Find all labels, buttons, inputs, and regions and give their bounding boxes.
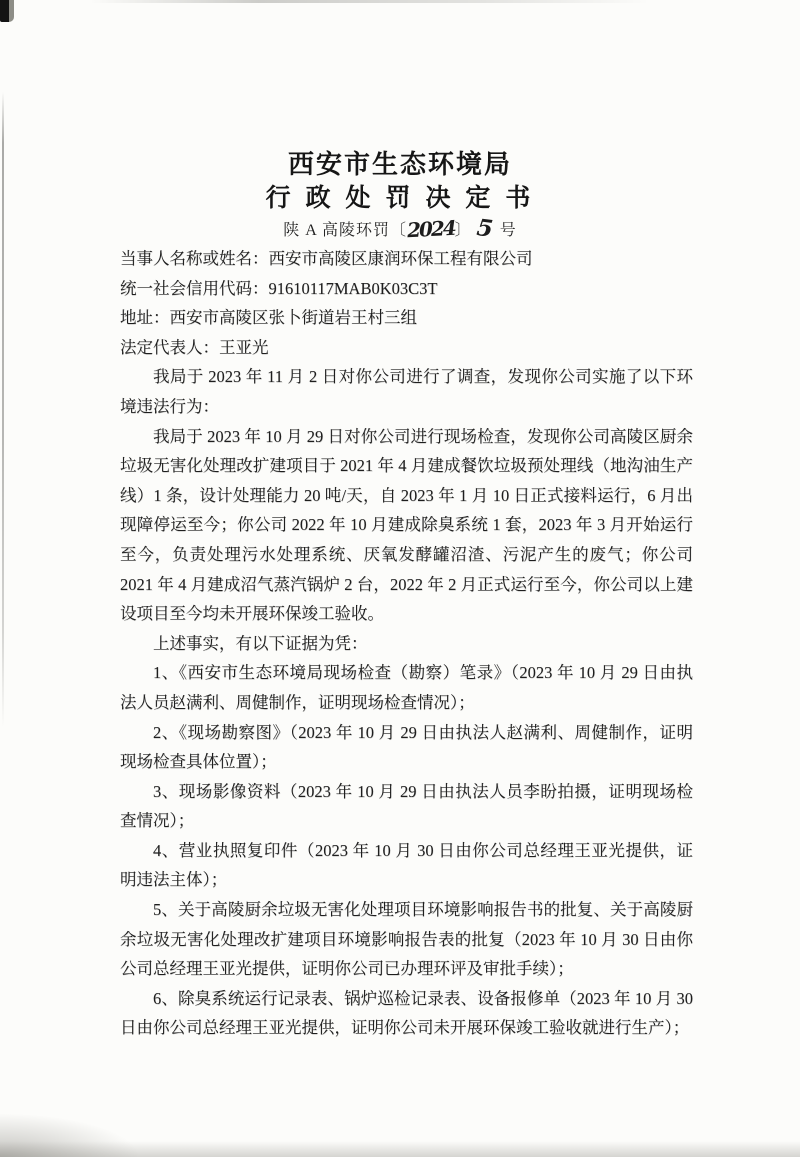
field-label-credit-code: 统一社会信用代码： (120, 279, 269, 298)
doc-number-year-handwritten: 2024 (406, 216, 455, 242)
doc-number-suffix: 号 (500, 222, 517, 239)
document-page: 西安市生态环境局 行 政 处 罚 决 定 书 陕 A 高陵环罚〔2024〕5号 … (0, 0, 800, 1157)
evidence-item-3: 3、现场影像资料（2023 年 10 月 29 日由执法人员李盼拍摄，证明现场检… (120, 777, 693, 836)
scan-artifact-top-edge-smear (90, 0, 650, 3)
field-value-address: 西安市高陵区张卜街道岩王村三组 (170, 308, 418, 327)
document-number: 陕 A 高陵环罚〔2024〕5号 (0, 214, 800, 241)
field-row-address: 地址：西安市高陵区张卜街道岩王村三组 (120, 303, 693, 333)
scan-artifact-top-left-blob (0, 0, 14, 22)
field-label-address: 地址： (120, 308, 170, 327)
field-value-party-name: 西安市高陵区康润环保工程有限公司 (269, 249, 533, 268)
evidence-item-6: 6、除臭系统运行记录表、锅炉巡检记录表、设备报修单（2023 年 10 月 30… (120, 984, 693, 1043)
doc-number-close-bracket: 〕 (455, 222, 472, 239)
field-row-credit-code: 统一社会信用代码：91610117MAB0K03C3T (120, 274, 693, 304)
evidence-item-2: 2、《现场勘察图》（2023 年 10 月 29 日由执法人赵满利、周健制作，证… (120, 718, 693, 777)
scan-artifact-bottom-left-smudge (0, 1113, 140, 1157)
evidence-item-5: 5、关于高陵厨余垃圾无害化处理项目环境影响报告书的批复、关于高陵厨余垃圾无害化处… (120, 895, 693, 984)
field-row-legal-representative: 法定代表人：王亚光 (120, 333, 693, 363)
paragraph-violation-details: 我局于 2023 年 10 月 29 日对你公司进行现场检查，发现你公司高陵区厨… (120, 422, 693, 629)
evidence-item-1: 1、《西安市生态环境局现场检查（勘察）笔录》（2023 年 10 月 29 日由… (120, 658, 693, 717)
paragraph-evidence-intro: 上述事实，有以下证据为凭： (120, 629, 693, 659)
document-subtitle: 行 政 处 罚 决 定 书 (0, 178, 800, 214)
evidence-item-4: 4、营业执照复印件（2023 年 10 月 30 日由你公司总经理王亚光提供，证… (120, 836, 693, 895)
document-body: 当事人名称或姓名：西安市高陵区康润环保工程有限公司 统一社会信用代码：91610… (120, 244, 693, 1043)
field-value-legal-representative: 王亚光 (219, 338, 269, 357)
field-value-credit-code: 91610117MAB0K03C3T (269, 279, 438, 298)
field-label-legal-representative: 法定代表人： (120, 338, 219, 357)
document-title: 西安市生态环境局 (0, 144, 800, 181)
field-label-party-name: 当事人名称或姓名： (120, 249, 269, 268)
paragraph-investigation-summary: 我局于 2023 年 11 月 2 日对你公司进行了调查，发现你公司实施了以下环… (120, 362, 693, 421)
doc-number-serial-handwritten: 5 (475, 214, 495, 243)
doc-number-prefix: 陕 A 高陵环罚〔 (283, 222, 407, 239)
field-row-party-name: 当事人名称或姓名：西安市高陵区康润环保工程有限公司 (120, 244, 693, 274)
